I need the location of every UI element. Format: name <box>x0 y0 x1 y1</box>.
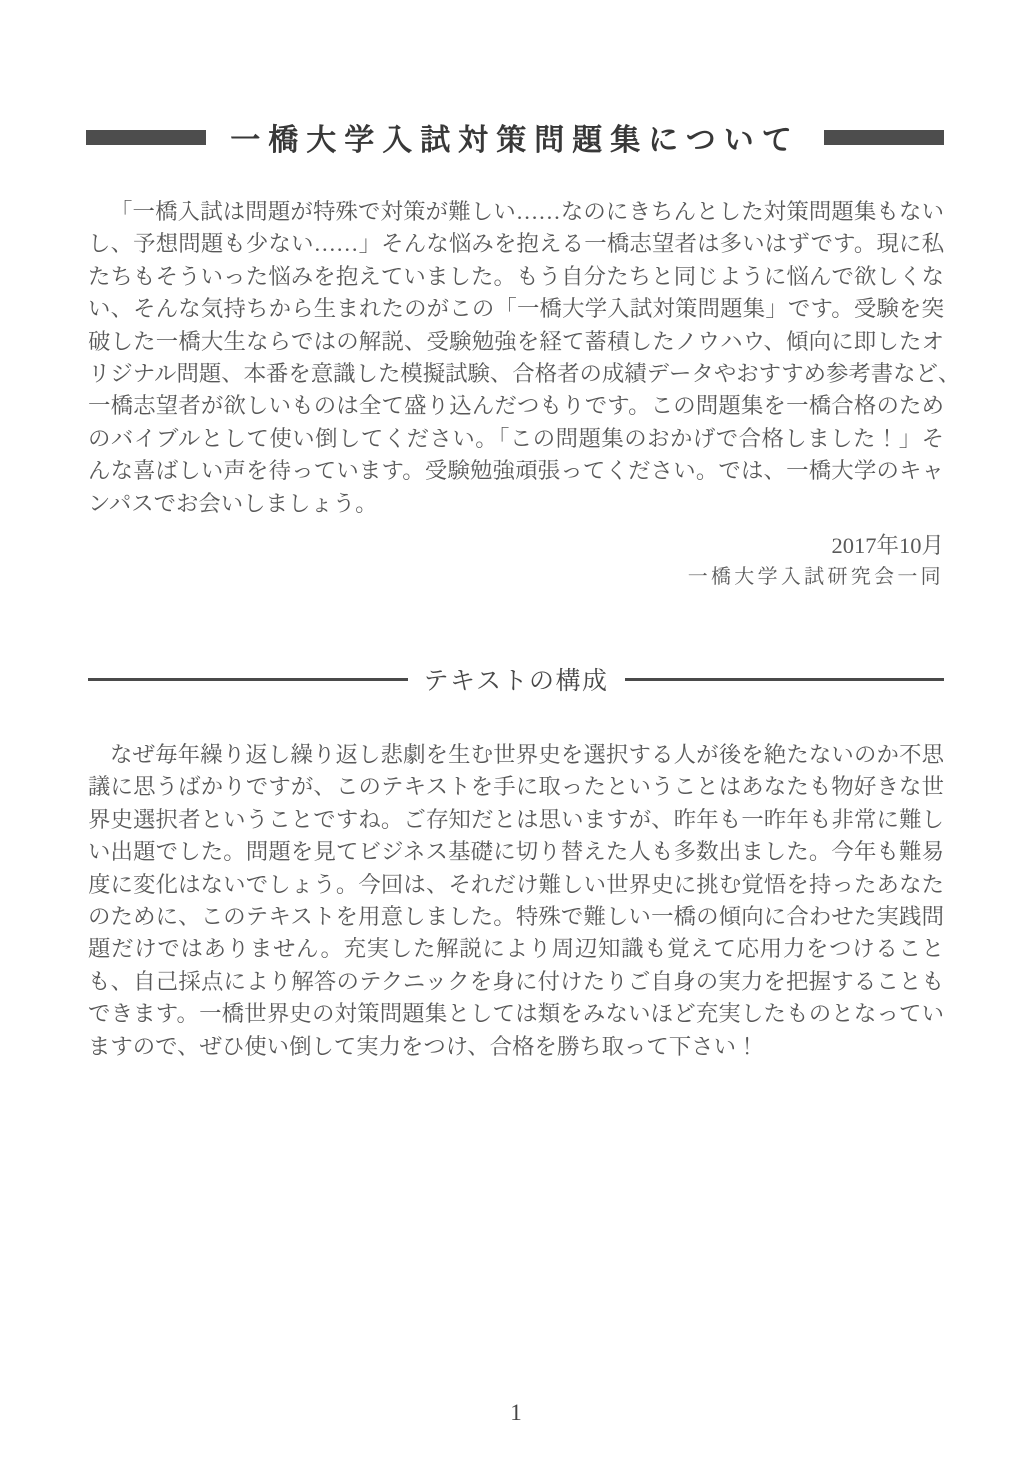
date-line: 2017年10月 <box>688 530 944 562</box>
text-line: 破した一橋大生ならではの解説、受験勉強を経て蓄積したノウハウ、傾向に即したオ <box>88 326 944 358</box>
signature-line: 一橋大学入試研究会一同 <box>688 562 944 593</box>
text-line: なぜ毎年繰り返し繰り返し悲劇を生む世界史を選択する人が後を絶たないのか不思 <box>88 739 944 771</box>
text-line: ますので、ぜひ使い倒して実力をつけ、合格を勝ち取って下さい！ <box>88 1031 944 1063</box>
text-line: たちもそういった悩みを抱えていました。もう自分たちと同じように悩んで欲しくな <box>88 261 944 293</box>
heading-rule-right <box>625 678 945 681</box>
section-heading: テキストの構成 <box>424 661 609 697</box>
title-bar-left <box>86 130 206 145</box>
text-line: 題だけではありません。充実した解説により周辺知識も覚えて応用力をつけること <box>88 933 944 965</box>
text-line: い出題でした。問題を見てビジネス基礎に切り替えた人も多数出ました。今年も難易 <box>88 836 944 868</box>
heading-rule-left <box>88 678 408 681</box>
text-line: し、予想問題も少ない……」そんな悩みを抱える一橋志望者は多いはずです。現に私 <box>88 228 944 260</box>
text-line: のために、このテキストを用意しました。特殊で難しい一橋の傾向に合わせた実践問 <box>88 901 944 933</box>
text-line: い、そんな気持ちから生まれたのがこの「一橋大学入試対策問題集」です。受験を突 <box>88 293 944 325</box>
section1-title-row: 一橋大学入試対策問題集について <box>86 118 944 156</box>
text-line: 「一橋入試は問題が特殊で対策が難しい……なのにきちんとした対策問題集もない <box>88 196 944 228</box>
text-line: できます。一橋世界史の対策問題集としては類をみないほど充実したものとなってい <box>88 998 944 1030</box>
page-title: 一橋大学入試対策問題集について <box>230 115 799 159</box>
intro-paragraph: 「一橋入試は問題が特殊で対策が難しい……なのにきちんとした対策問題集もないし、予… <box>88 196 944 520</box>
text-line: も、自己採点により解答のテクニックを身に付けたりご自身の実力を把握することも <box>88 966 944 998</box>
text-line: ンパスでお会いしましょう。 <box>88 488 944 520</box>
text-line: 度に変化はないでしょう。今回は、それだけ難しい世界史に挑む覚悟を持ったあなた <box>88 869 944 901</box>
text-line: 界史選択者ということですね。ご存知だとは思いますが、昨年も一昨年も非常に難し <box>88 804 944 836</box>
title-bar-right <box>824 130 944 145</box>
text-line: 一橋志望者が欲しいものは全て盛り込んだつもりです。この問題集を一橋合格のため <box>88 390 944 422</box>
date-signature-block: 2017年10月 一橋大学入試研究会一同 <box>688 530 944 593</box>
document-page: 一橋大学入試対策問題集について 「一橋入試は問題が特殊で対策が難しい……なのにき… <box>0 0 1032 1457</box>
page-number: 1 <box>0 1400 1032 1426</box>
text-line: んな喜ばしい声を待っています。受験勉強頑張ってください。では、一橋大学のキャ <box>88 455 944 487</box>
text-line: のバイブルとして使い倒してください。「この問題集のおかげで合格しました！」そ <box>88 423 944 455</box>
text-line: リジナル問題、本番を意識した模擬試験、合格者の成績データやおすすめ参考書など、 <box>88 358 944 390</box>
structure-paragraph: なぜ毎年繰り返し繰り返し悲劇を生む世界史を選択する人が後を絶たないのか不思議に思… <box>88 739 944 1063</box>
section2-heading-row: テキストの構成 <box>88 662 944 696</box>
text-line: 議に思うばかりですが、このテキストを手に取ったということはあなたも物好きな世 <box>88 771 944 803</box>
